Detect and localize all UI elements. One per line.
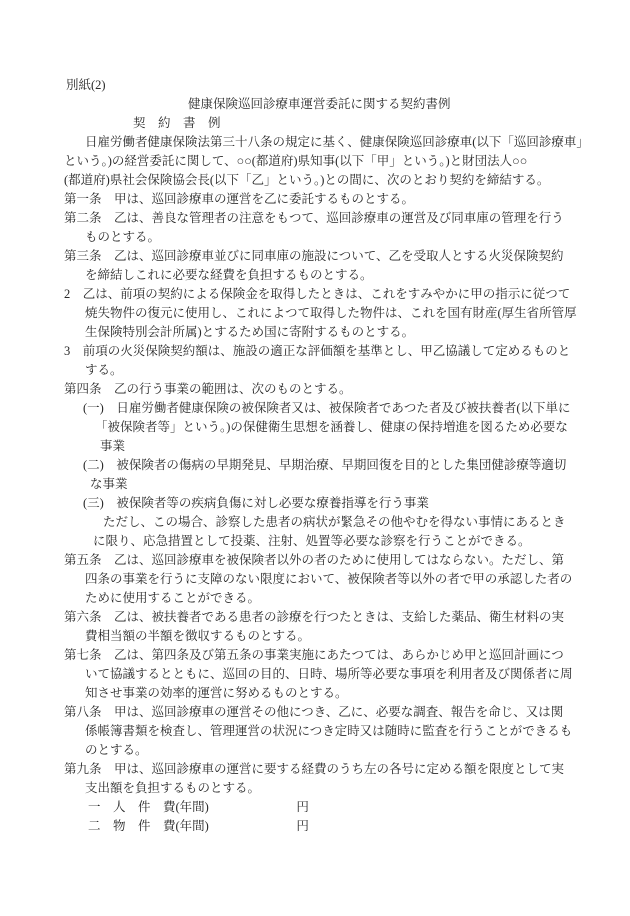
- document-body: 別紙(2)健康保険巡回診療車運営委託に関する契約書例契 約 書 例日雇労働者健康…: [64, 76, 616, 836]
- article-4-item-3-proviso: ただし、この場合、診察した患者の病状が緊急その他やむを得ない事情にあるとき: [64, 513, 616, 532]
- article-6: 第六条 乙は、被扶養者である患者の診療を行つたときは、支給した薬品、衛生材料の実: [64, 608, 616, 627]
- article-8-continuation: 係帳簿書類を検査し、管理運営の状況につき定時又は随時に監査を行うことができるも: [64, 722, 616, 741]
- contract-document-page: 別紙(2)健康保険巡回診療車運営委託に関する契約書例契 約 書 例日雇労働者健康…: [0, 0, 630, 916]
- document-subtitle: 契 約 書 例: [64, 114, 616, 133]
- article-4-item-2: (二) 被保険者の傷病の早期発見、早期治療、早期回復を目的とした集団健診療等適切: [64, 456, 616, 475]
- expense-item-personnel: 一 人 件 費(年間) 円: [64, 798, 616, 817]
- article-4-item-2-continuation: な事業: [64, 475, 616, 494]
- article-3-continuation: を締結しこれに必要な経費を負担するものとする。: [64, 266, 616, 285]
- article-8-continuation: のとする。: [64, 741, 616, 760]
- page-label: 別紙(2): [64, 76, 616, 95]
- expense-item-material: 二 物 件 費(年間) 円: [64, 817, 616, 836]
- article-4-item-1-continuation: 「被保険者等」という。)の保健衛生思想を涵養し、健康の保持増進を図るため必要な: [64, 418, 616, 437]
- article-1: 第一条 甲は、巡回診療車の運営を乙に委託するものとする。: [64, 190, 616, 209]
- article-3-paragraph-3: 3 前項の火災保険契約額は、施設の適正な評価額を基準とし、甲乙協議して定めるもの…: [64, 342, 616, 361]
- article-9: 第九条 甲は、巡回診療車の運営に要する経費のうち左の各号に定める額を限度として実: [64, 760, 616, 779]
- preamble-line: 日雇労働者健康保険法第三十八条の規定に基く、健康保険巡回診療車(以下「巡回診療車…: [64, 133, 616, 152]
- article-4-item-1: (一) 日雇労働者健康保険の被保険者又は、被保険者であつた者及び被扶養者(以下単…: [64, 399, 616, 418]
- article-2: 第二条 乙は、善良な管理者の注意をもつて、巡回診療車の運営及び同車庫の管理を行う: [64, 209, 616, 228]
- article-3-paragraph-2-continuation: 焼失物件の復元に使用し、これによつて取得した物件は、これを国有財産(厚生省所管厚: [64, 304, 616, 323]
- article-3-paragraph-2: 2 乙は、前項の契約による保険金を取得したときは、これをすみやかに甲の指示に従つ…: [64, 285, 616, 304]
- article-5: 第五条 乙は、巡回診療車を被保険者以外の者のために使用してはならない。ただし、第: [64, 551, 616, 570]
- article-7: 第七条 乙は、第四条及び第五条の事業実施にあたつては、あらかじめ甲と巡回計画につ: [64, 646, 616, 665]
- article-2-continuation: ものとする。: [64, 228, 616, 247]
- article-4-item-1-continuation: 事業: [64, 437, 616, 456]
- article-8: 第八条 甲は、巡回診療車の運営その他につき、乙に、必要な調査、報告を命じ、又は関: [64, 703, 616, 722]
- article-5-continuation: ために使用することができる。: [64, 589, 616, 608]
- article-3-paragraph-3-continuation: する。: [64, 361, 616, 380]
- article-7-continuation: いて協議するとともに、巡回の目的、日時、場所等必要な事項を利用者及び関係者に周: [64, 665, 616, 684]
- article-7-continuation: 知させ事業の効率的運営に努めるものとする。: [64, 684, 616, 703]
- article-5-continuation: 四条の事業を行うに支障のない限度において、被保険者等以外の者で甲の承認した者の: [64, 570, 616, 589]
- article-4-item-3: (三) 被保険者等の疾病負傷に対し必要な療養指導を行う事業: [64, 494, 616, 513]
- document-title: 健康保険巡回診療車運営委託に関する契約書例: [64, 95, 616, 114]
- article-3: 第三条 乙は、巡回診療車並びに同車庫の施設について、乙を受取人とする火災保険契約: [64, 247, 616, 266]
- article-3-paragraph-2-continuation: 生保険特別会計所属)とするため国に寄附するものとする。: [64, 323, 616, 342]
- preamble-line: (都道府)県社会保険協会長(以下「乙」という。)との間に、次のとおり契約を締結す…: [64, 171, 616, 190]
- article-4: 第四条 乙の行う事業の範囲は、次のものとする。: [64, 380, 616, 399]
- article-9-continuation: 支出額を負担するものとする。: [64, 779, 616, 798]
- article-6-continuation: 費相当額の半額を徴収するものとする。: [64, 627, 616, 646]
- article-4-item-3-proviso-continuation: に限り、応急措置として投薬、注射、処置等必要な診察を行うことができる。: [64, 532, 616, 551]
- preamble-line: という。)の経営委託に関して、○○(都道府)県知事(以下「甲」という。)と財団法…: [64, 152, 616, 171]
